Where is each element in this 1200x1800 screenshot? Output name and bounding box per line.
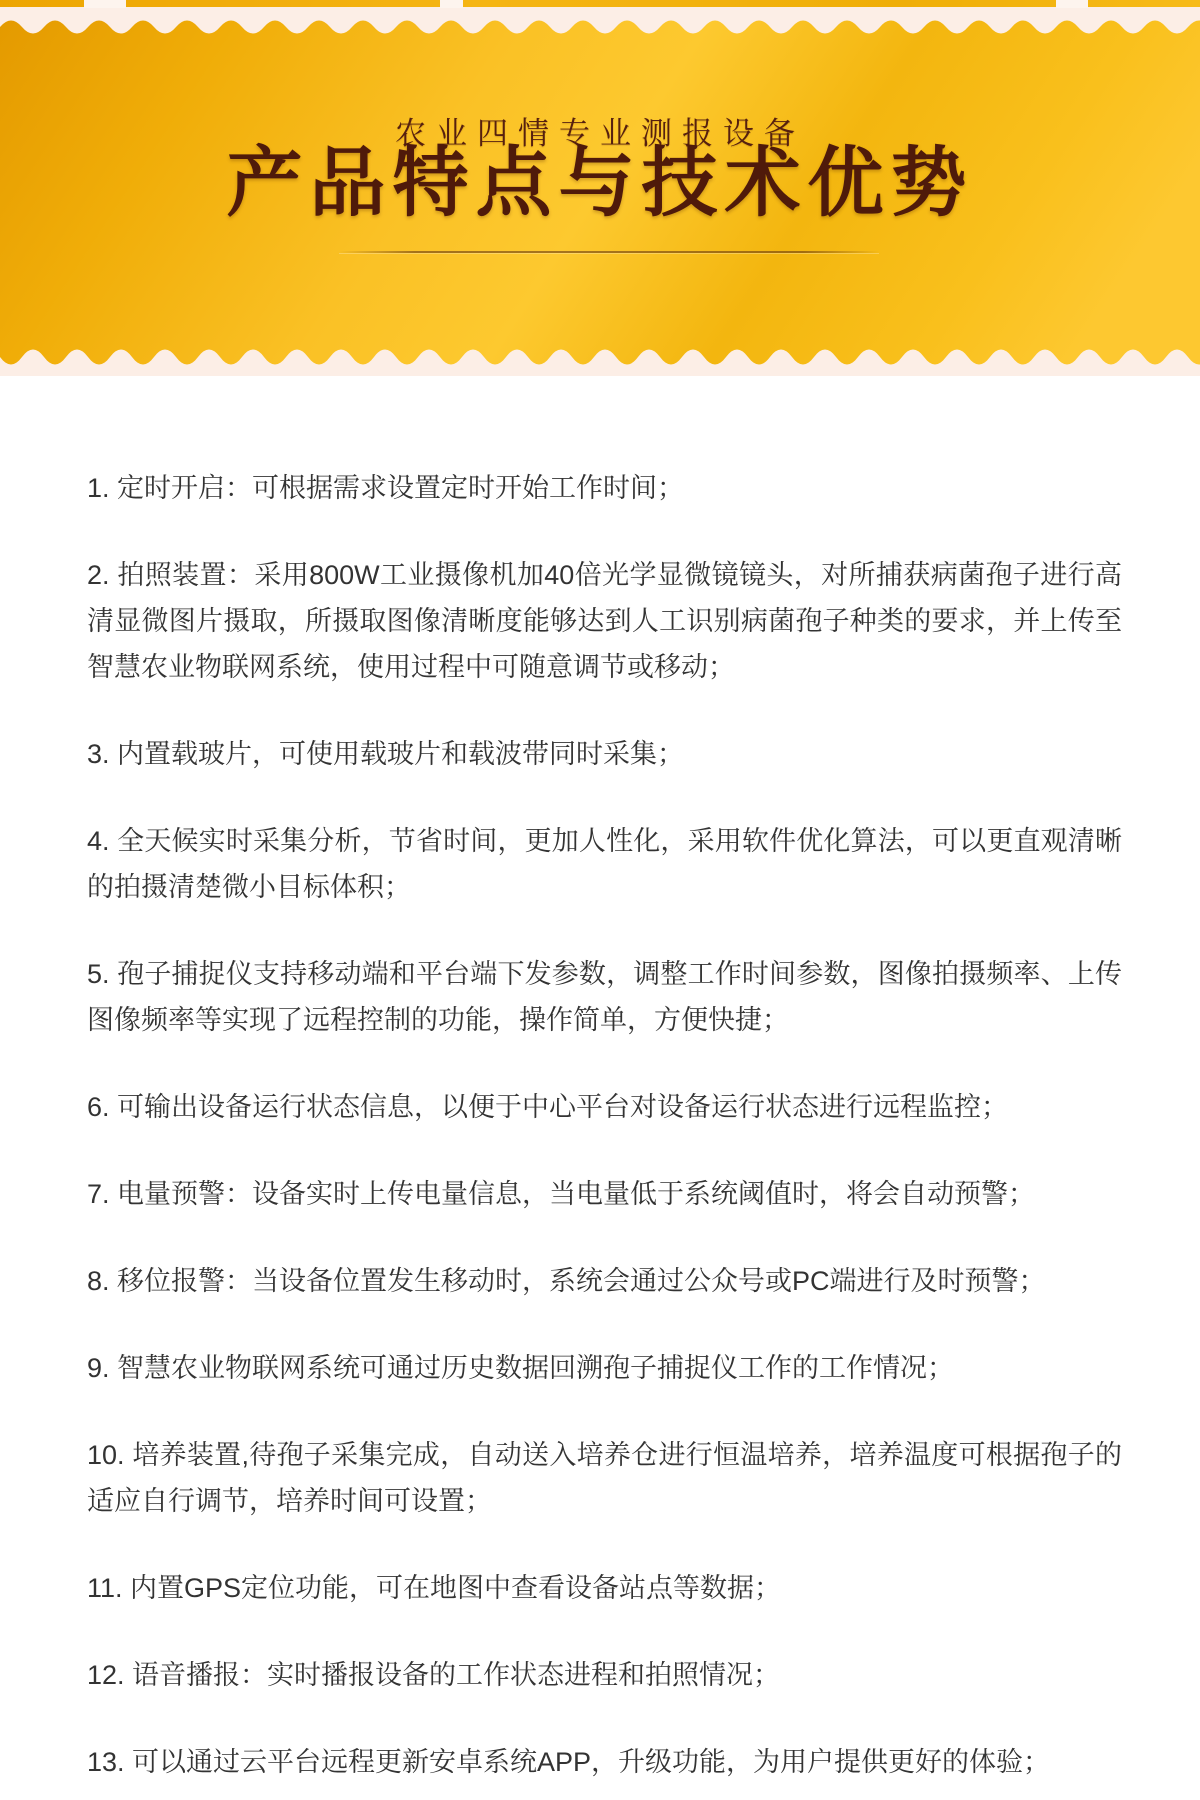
banner-text-block: 农业四情专业测报设备 产品特点与技术优势	[0, 0, 1200, 376]
feature-item: 8. 移位报警：当设备位置发生移动时，系统会通过公众号或PC端进行及时预警；	[87, 1258, 1122, 1304]
feature-item: 10. 培养装置,待孢子采集完成，自动送入培养仓进行恒温培养，培养温度可根据孢子…	[87, 1432, 1122, 1524]
feature-item: 9. 智慧农业物联网系统可通过历史数据回溯孢子捕捉仪工作的工作情况；	[87, 1345, 1122, 1391]
product-description-page: 农业四情专业测报设备 产品特点与技术优势 1. 定时开启：可根据需求设置定时开始…	[0, 0, 1200, 1800]
feature-item: 11. 内置GPS定位功能，可在地图中查看设备站点等数据；	[87, 1565, 1122, 1611]
banner-divider	[339, 251, 879, 253]
feature-item: 4. 全天候实时采集分析，节省时间，更加人性化，采用软件优化算法，可以更直观清晰…	[87, 818, 1122, 910]
feature-list: 1. 定时开启：可根据需求设置定时开始工作时间； 2. 拍照装置：采用800W工…	[0, 376, 1200, 1785]
feature-item: 12. 语音播报：实时播报设备的工作状态进程和拍照情况；	[87, 1652, 1122, 1698]
feature-item: 7. 电量预警：设备实时上传电量信息，当电量低于系统阈值时，将会自动预警；	[87, 1171, 1122, 1217]
feature-item: 5. 孢子捕捉仪支持移动端和平台端下发参数，调整工作时间参数，图像拍摄频率、上传…	[87, 951, 1122, 1043]
promo-banner: 农业四情专业测报设备 产品特点与技术优势	[0, 0, 1200, 376]
banner-title: 产品特点与技术优势	[0, 146, 1200, 222]
feature-item: 13. 可以通过云平台远程更新安卓系统APP，升级功能，为用户提供更好的体验；	[87, 1739, 1122, 1785]
feature-item: 1. 定时开启：可根据需求设置定时开始工作时间；	[87, 465, 1122, 511]
feature-item: 6. 可输出设备运行状态信息，以便于中心平台对设备运行状态进行远程监控；	[87, 1084, 1122, 1130]
feature-item: 2. 拍照装置：采用800W工业摄像机加40倍光学显微镜镜头，对所捕获病菌孢子进…	[87, 552, 1122, 690]
feature-item: 3. 内置载玻片，可使用载玻片和载波带同时采集；	[87, 731, 1122, 777]
